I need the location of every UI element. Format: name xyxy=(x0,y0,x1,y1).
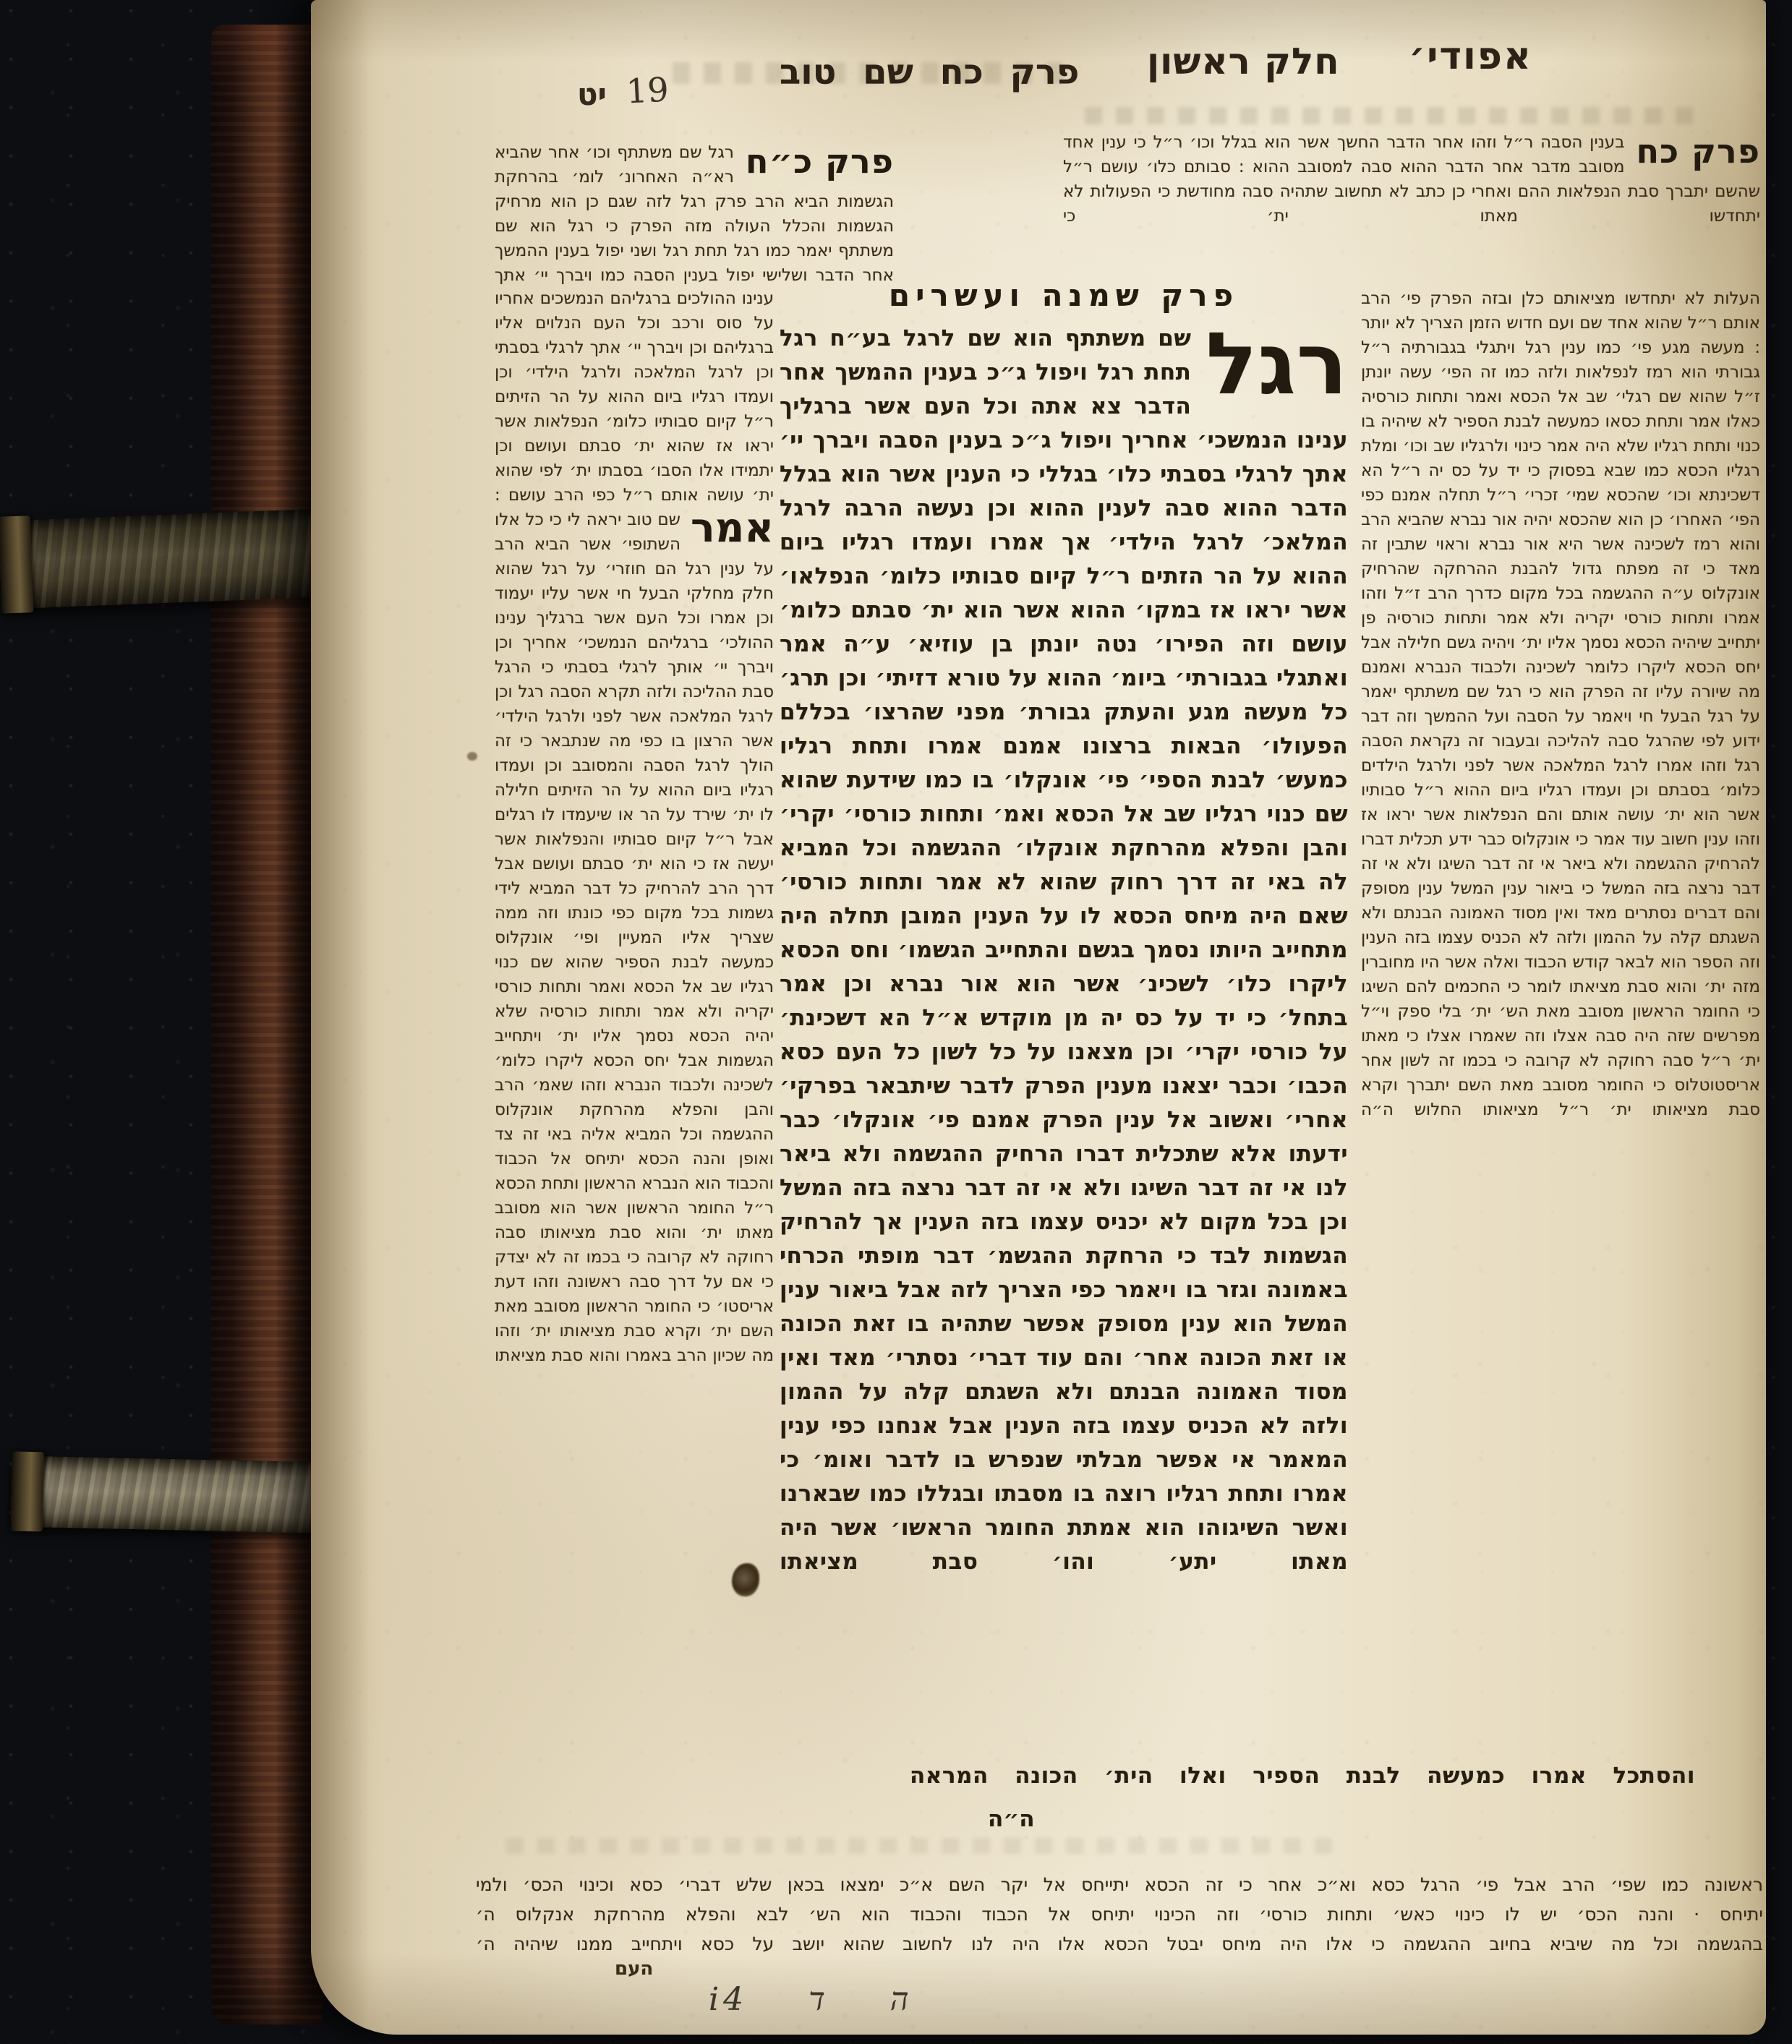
main-text-column: פרק שמנה ועשרים רגל שם משתתף הוא שם לרגל… xyxy=(780,278,1348,1753)
catchword: העם xyxy=(615,1958,653,1980)
main-text-closing-line: והסתכל אמרו כמעשה לבנת הספיר ואלו הית׳ ה… xyxy=(910,1763,1695,1802)
main-text-closing-abbreviation: ה״ה xyxy=(988,1806,1035,1832)
book-spine-edge xyxy=(211,25,323,2024)
clasp-end-cap xyxy=(11,1451,44,1531)
main-text-body: שם משתתף הוא שם לרגל בע״ח רגל תחת רגל וי… xyxy=(780,325,1348,1575)
running-header-chapter-shemtov: פרק כח שם טוב xyxy=(780,52,1079,93)
running-header-part: חלק ראשון xyxy=(1147,40,1340,82)
efodi-chapter-heading: פרק כח xyxy=(1637,130,1761,174)
bottom-line-2: יתיחס · והנה הכס׳ יש לו כינוי כאש׳ ותחות… xyxy=(476,1899,1763,1929)
main-text-body-wrap: רגל שם משתתף הוא שם לרגל בע״ח רגל תחת רג… xyxy=(780,322,1348,1579)
efodi-continuation-text: העלות לא יתחדשו מציאותם כלן ובזה הפרק פי… xyxy=(1361,289,1760,1119)
efodi-commentary-column: העלות לא יתחדשו מציאותם כלן ובזה הפרק פי… xyxy=(1361,286,1760,1709)
clasp-end-cap xyxy=(0,516,34,614)
brass-clasp-top xyxy=(0,508,328,609)
quire-signature: i4 ה ד xyxy=(709,1981,913,2018)
brass-clasp-bottom xyxy=(11,1455,328,1533)
shemtov-chapter-heading: פרק כ״ח xyxy=(746,140,894,184)
clasp-texture xyxy=(11,1455,328,1533)
manuscript-photo: אפודי׳ חלק ראשון פרק כח שם טוב 19 יט פרק… xyxy=(0,0,1792,2044)
running-header-commentator-efodi: אפודי׳ xyxy=(1409,35,1532,78)
initial-word-amar: אמר xyxy=(691,508,774,550)
shemtov-commentary-opening: פרק כ״ח רגל שם משתתף וכו׳ אחר שהביא רא״ה… xyxy=(495,140,894,286)
bottom-line-1: ראשונה כמו שפי׳ הרב אבל פי׳ הרגל כסא וא״… xyxy=(476,1870,1763,1899)
folio-number-arabic: 19 xyxy=(626,70,670,111)
efodi-commentary-opening: פרק כח בענין הסבה ר״ל וזהו אחר הדבר החשך… xyxy=(1063,130,1760,286)
shemtov-second-text: שם טוב יראה לי כי כל אלו השתופי׳ אשר הבי… xyxy=(495,510,774,1365)
folio-number-hebrew: יט xyxy=(577,77,607,112)
bottom-line-3: בהגשמה וכל מה שיביא בחיוב ההגשמה כי אלו … xyxy=(476,1929,1763,1959)
clasp-texture xyxy=(0,508,328,609)
small-stain xyxy=(467,752,477,761)
shemtov-middle-text: ענינו ההולכים ברגליהם הנמשכים אחריו על ס… xyxy=(495,289,774,505)
initial-word-regel: רגל xyxy=(1206,325,1348,403)
shemtov-commentary-column: ענינו ההולכים ברגליהם הנמשכים אחריו על ס… xyxy=(495,286,774,1771)
bottom-commentary-block: ראשונה כמו שפי׳ הרב אבל פי׳ הרגל כסא וא״… xyxy=(476,1870,1763,1962)
